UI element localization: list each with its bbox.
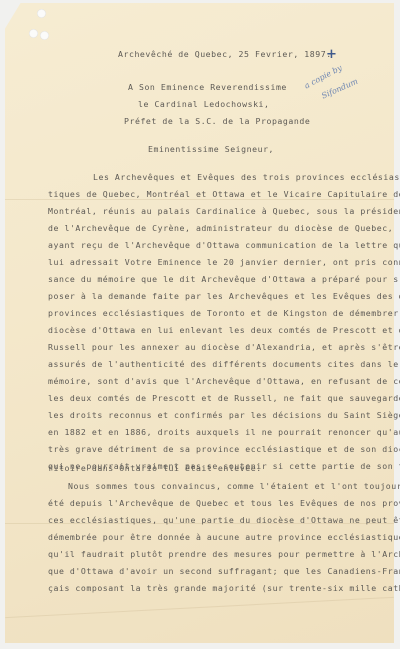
- body-line: Russell pour les annexer au diocèse d'Al…: [48, 342, 400, 352]
- paper-crease: [5, 199, 394, 200]
- punch-hole: [37, 9, 46, 18]
- body-line: été depuis l'Archevêque de Quebec et tou…: [48, 498, 400, 508]
- body-line: de l'Archevêque de Cyrène, administrateu…: [48, 223, 393, 233]
- body-line: çais composant la très grande majorité (…: [48, 583, 400, 593]
- dateline: Archevêché de Quebec, 25 Fevrier, 1897.: [118, 49, 332, 59]
- body-line: en 1882 et en 1886, droits auxquels il n…: [48, 427, 400, 437]
- body-line: diocèse d'Ottawa en lui enlevant les deu…: [48, 325, 400, 335]
- body-line: Nous sommes tous convaincus, comme l'éta…: [68, 481, 400, 491]
- body-line: les deux comtés de Prescott et de Russel…: [48, 393, 400, 403]
- body-line: ces ecclésiastiques, qu'une partie du di…: [48, 515, 400, 525]
- body-line: assurés de l'authenticité des différents…: [48, 359, 399, 369]
- paper-crease: [5, 597, 394, 618]
- body-line: Les Archevêques et Evêques des trois pro…: [93, 172, 400, 182]
- body-line: très grave détriment de sa province eccl…: [48, 444, 400, 454]
- salutation: Eminentissime Seigneur,: [148, 144, 274, 154]
- punch-hole: [29, 29, 38, 38]
- plus-mark: +: [326, 47, 337, 62]
- address-line: Préfet de la S.C. de la Propagande: [124, 116, 310, 126]
- body-line: mémoire, sont d'avis que l'Archevêque d'…: [48, 376, 400, 386]
- body-line: sance du mémoire que le dit Archevêque d…: [48, 274, 400, 284]
- body-line: qu'il faudrait plutôt prendre des mesure…: [48, 549, 400, 559]
- address-line: A Son Eminence Reverendissime: [128, 82, 287, 92]
- body-line: les droits reconnus et confirmés par les…: [48, 410, 400, 420]
- body-line: démembrée pour être donnée à aucune autr…: [48, 532, 400, 542]
- body-line: ritoire dans Ontario lui était enlevée.: [48, 463, 262, 473]
- body-line: ayant reçu de l'Archevêque d'Ottawa comm…: [48, 240, 400, 250]
- punch-hole: [40, 31, 49, 40]
- body-line: Montréal, réunis au palais Cardinalice à…: [48, 206, 400, 216]
- body-line: provinces ecclésiastiques de Toronto et …: [48, 308, 400, 318]
- body-line: poser à la demande faite par les Archevê…: [48, 291, 400, 301]
- address-line: le Cardinal Ledochowski,: [138, 99, 270, 109]
- body-line: lui adressait Votre Eminence le 20 janvi…: [48, 257, 400, 267]
- body-line: que d'Ottawa d'avoir un second suffragan…: [48, 566, 400, 576]
- body-line: tiques de Quebec, Montréal et Ottawa et …: [48, 189, 400, 199]
